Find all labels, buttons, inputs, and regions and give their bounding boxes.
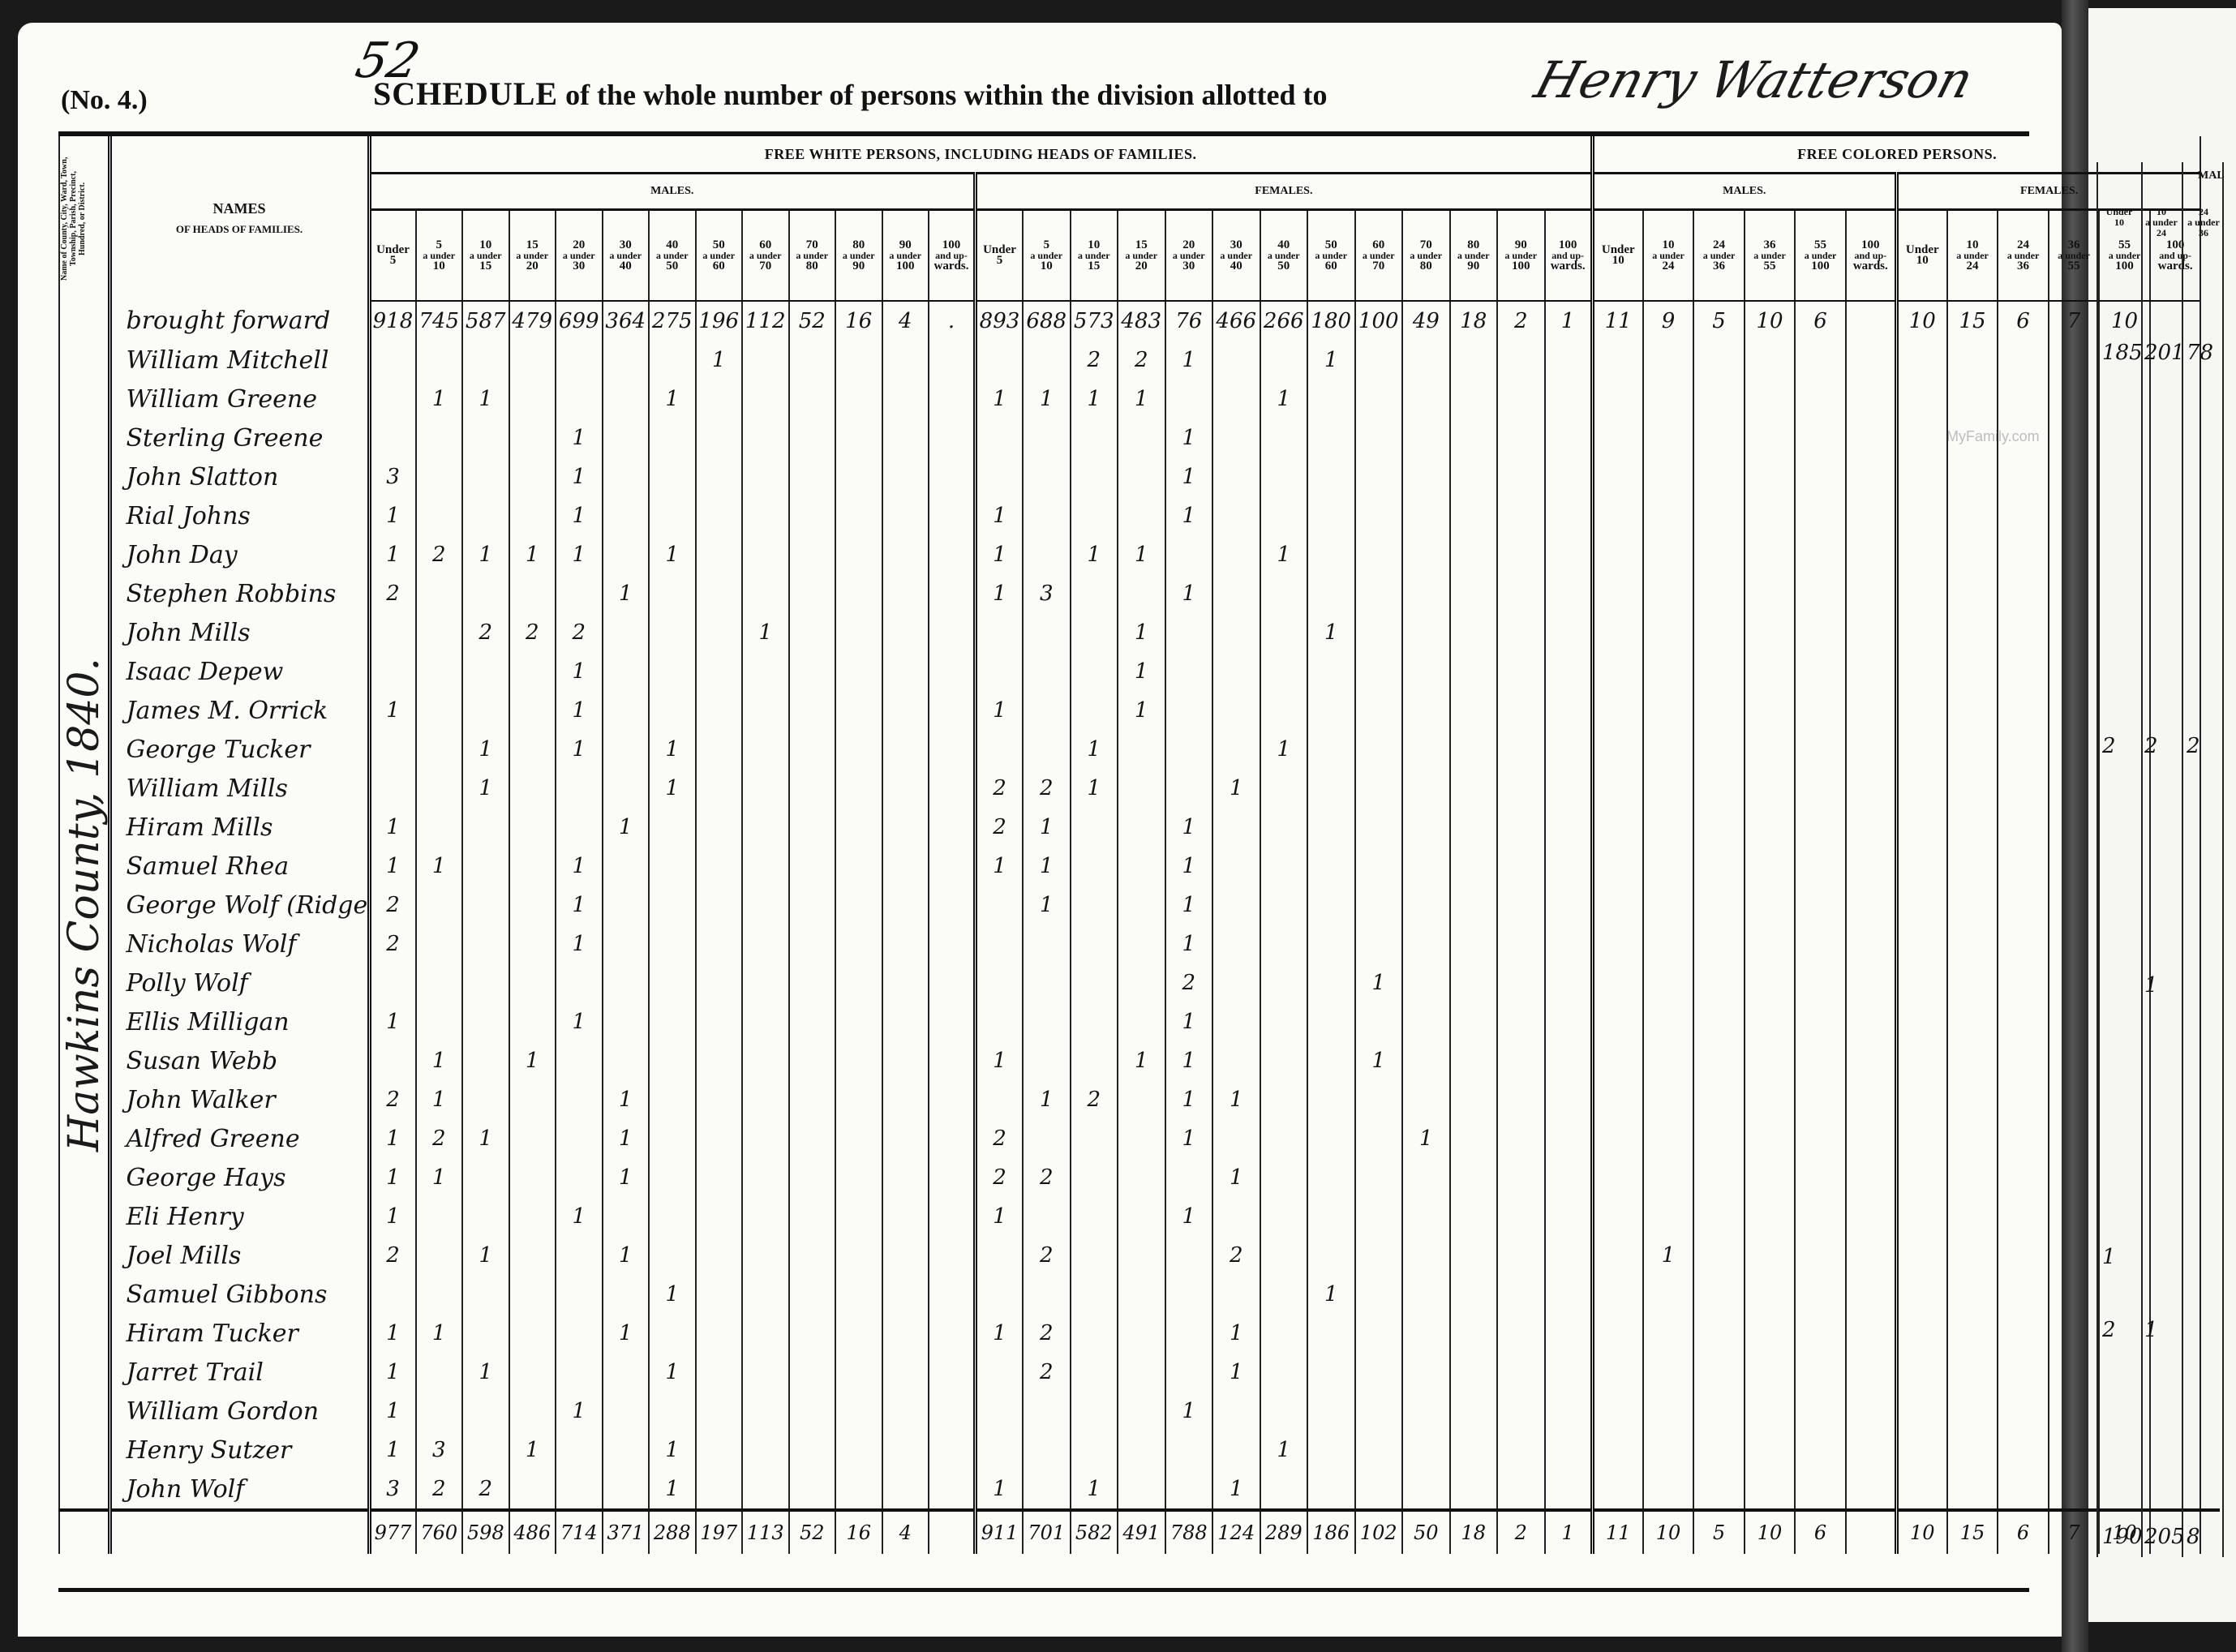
count-cf (2049, 1158, 2100, 1197)
total-wf: 2 (1497, 1510, 1545, 1554)
white-male-age-header: 100and up-wards. (929, 210, 976, 302)
count-wm (742, 1119, 789, 1158)
count-wf: 1 (1165, 1002, 1213, 1041)
count-wf (1260, 847, 1308, 886)
count-wf (1402, 574, 1450, 613)
count-wf (1260, 1041, 1308, 1080)
count-wm (416, 691, 463, 730)
head-of-family-name: Stephen Robbins (109, 574, 369, 613)
count-cm (1592, 847, 1643, 886)
white-female-age-header: 30a under40 (1212, 210, 1260, 302)
count-cm (1592, 496, 1643, 535)
count-wm (835, 1080, 882, 1119)
count-cm (1693, 730, 1745, 769)
count-wm (835, 1314, 882, 1353)
count-cm (1693, 1431, 1745, 1470)
count-wm: 1 (556, 847, 603, 886)
count-cm (1592, 341, 1643, 380)
table-row: Stephen Robbins21131 (59, 574, 2220, 613)
count-wf (1450, 341, 1498, 380)
count-cf: 15 (1947, 301, 1998, 341)
count-wf (1355, 1431, 1403, 1470)
count-cf (1947, 769, 1998, 808)
count-wf (1450, 769, 1498, 808)
count-wf (1545, 886, 1593, 925)
white-female-age-header: 20a under30 (1165, 210, 1213, 302)
count-wf: 1 (1071, 769, 1118, 808)
total-wf: 18 (1450, 1510, 1498, 1554)
count-wf: 1 (1118, 1041, 1165, 1080)
count-cm (1592, 380, 1643, 418)
count-cm (1795, 1236, 1846, 1275)
count-wm (929, 1353, 976, 1392)
count-wm (369, 341, 416, 380)
names-title: NAMES (112, 198, 367, 219)
count-wm: 1 (603, 574, 650, 613)
count-wf (1450, 1314, 1498, 1353)
count-cm (1846, 1119, 1897, 1158)
count-cm (1795, 1041, 1846, 1080)
age-bottom: 40 (603, 261, 649, 272)
count-cm (1846, 652, 1897, 691)
count-wf (1212, 925, 1260, 963)
count-cf (2049, 1392, 2100, 1431)
count-wm (462, 341, 509, 380)
table-row: Alfred Greene1211211 (59, 1119, 2220, 1158)
count-wf: 1 (1165, 1197, 1213, 1236)
count-wf: 1 (1071, 1470, 1118, 1510)
count-wm (649, 1197, 696, 1236)
margin-cell (2200, 652, 2220, 691)
count-wf: 1 (1071, 730, 1118, 769)
count-wf (1307, 1080, 1355, 1119)
count-wm (603, 691, 650, 730)
count-cm: 1 (1643, 1236, 1694, 1275)
count-cf (2049, 652, 2100, 691)
count-cm (1846, 1041, 1897, 1080)
count-wm: 1 (416, 380, 463, 418)
count-wf (1545, 1470, 1593, 1510)
count-cm (1693, 418, 1745, 457)
count-wm (509, 730, 556, 769)
count-wf (1307, 769, 1355, 808)
count-wm (929, 380, 976, 418)
count-cm (1846, 301, 1897, 341)
count-cm (1745, 418, 1796, 457)
count-cf (1947, 808, 1998, 847)
count-cm (1745, 1353, 1796, 1392)
count-wf (1023, 691, 1071, 730)
count-wf (1355, 808, 1403, 847)
colored-male-age-header: 24a under36 (1693, 210, 1745, 302)
count-wm (835, 691, 882, 730)
count-wm (696, 886, 743, 925)
table-row: Sterling Greene11 (59, 418, 2220, 457)
count-wm (696, 1002, 743, 1041)
count-wm (929, 808, 976, 847)
margin-cell (2200, 1275, 2220, 1314)
count-wf: 266 (1260, 301, 1308, 341)
count-wf (1071, 1041, 1118, 1080)
count-wf (1212, 418, 1260, 457)
count-cf (2150, 691, 2201, 730)
count-wf (1118, 925, 1165, 963)
count-wf: 1 (1023, 1080, 1071, 1119)
count-wm: 1 (462, 769, 509, 808)
count-wf (1023, 1431, 1071, 1470)
count-wm (369, 1275, 416, 1314)
count-wf: 1 (1545, 301, 1593, 341)
count-wf (1497, 613, 1545, 652)
count-wm (509, 1353, 556, 1392)
count-wf (1023, 535, 1071, 574)
count-wf: 18 (1450, 301, 1498, 341)
count-cf (1947, 847, 1998, 886)
white-female-age-header: 10a under15 (1071, 210, 1118, 302)
count-wm (742, 1158, 789, 1197)
count-wm (603, 380, 650, 418)
facing-age-header: 10a under24 (2141, 207, 2182, 238)
count-wm (882, 1119, 929, 1158)
count-wm (556, 1158, 603, 1197)
count-wm (649, 1002, 696, 1041)
count-wm (649, 925, 696, 963)
count-wf (1023, 418, 1071, 457)
count-cf: 7 (2049, 301, 2100, 341)
count-wf (1450, 1119, 1498, 1158)
age-bottom: 60 (1308, 261, 1354, 272)
total-wm (929, 1510, 976, 1554)
count-wf (1071, 886, 1118, 925)
count-wm (603, 963, 650, 1002)
age-bottom: 80 (1403, 261, 1449, 272)
count-wf (1165, 380, 1213, 418)
count-cf (1896, 925, 1947, 963)
count-wm: 1 (556, 691, 603, 730)
count-cm (1592, 1041, 1643, 1080)
count-wf (1402, 886, 1450, 925)
count-cm (1745, 1080, 1796, 1119)
count-wf (1402, 1431, 1450, 1470)
facing-age-header: Under10 (2099, 207, 2139, 228)
count-wf (1450, 457, 1498, 496)
count-cf (2049, 1353, 2100, 1392)
count-cf (1896, 1236, 1947, 1275)
count-wm: 1 (509, 535, 556, 574)
total-cm: 5 (1693, 1510, 1745, 1554)
count-cf (2150, 1392, 2201, 1431)
count-wm (882, 730, 929, 769)
head-of-family-name: Henry Sutzer (109, 1431, 369, 1470)
count-wf (1071, 1119, 1118, 1158)
count-wf (1260, 457, 1308, 496)
count-wf (1450, 418, 1498, 457)
count-wm (929, 613, 976, 652)
count-wf (1450, 380, 1498, 418)
count-wm (556, 574, 603, 613)
facing-column-line (2222, 162, 2224, 1557)
count-cf (2049, 457, 2100, 496)
colored-female-age-header: 10a under24 (1947, 210, 1998, 302)
count-cf (1896, 1041, 1947, 1080)
count-wf: 1 (1165, 847, 1213, 886)
count-cf (2049, 1197, 2100, 1236)
table-row: Ellis Milligan111 (59, 1002, 2220, 1041)
count-wf (1402, 1158, 1450, 1197)
count-wf (1071, 418, 1118, 457)
count-wf: 466 (1212, 301, 1260, 341)
count-wm (835, 574, 882, 613)
count-wm (696, 1392, 743, 1431)
count-cf (2150, 613, 2201, 652)
count-wf (1497, 1431, 1545, 1470)
colored-female-age-header: 36a under55 (2049, 210, 2100, 302)
count-cm (1745, 535, 1796, 574)
head-of-family-name: Isaac Depew (109, 652, 369, 691)
count-wm (929, 496, 976, 535)
count-wm (649, 341, 696, 380)
count-cm: 10 (1745, 301, 1796, 341)
count-cm (1643, 769, 1694, 808)
count-wm (929, 963, 976, 1002)
count-wf (1355, 1002, 1403, 1041)
count-wm: 1 (603, 1158, 650, 1197)
count-wf (1355, 1236, 1403, 1275)
count-cf (2150, 457, 2201, 496)
count-wm (462, 652, 509, 691)
count-wf: 2 (1212, 1236, 1260, 1275)
count-wm (882, 1431, 929, 1470)
count-wm (835, 1431, 882, 1470)
table-row: Henry Sutzer13111 (59, 1431, 2220, 1470)
count-wm (603, 496, 650, 535)
count-cm (1846, 691, 1897, 730)
facing-males-header: MAL (2198, 170, 2225, 181)
count-wm (742, 341, 789, 380)
count-wf (1355, 886, 1403, 925)
count-wf (1355, 418, 1403, 457)
count-cm (1643, 1431, 1694, 1470)
count-wm (696, 652, 743, 691)
count-wf: 1 (976, 1041, 1024, 1080)
count-cf (2150, 886, 2201, 925)
count-cf (1947, 925, 1998, 963)
white-females-header: FEMALES. (976, 174, 1593, 210)
head-of-family-name: Eli Henry (109, 1197, 369, 1236)
count-wf (1260, 1080, 1308, 1119)
count-wf: 1 (1212, 769, 1260, 808)
count-cm: 5 (1693, 301, 1745, 341)
count-wm (835, 886, 882, 925)
table-row: William Greene11111111 (59, 380, 2220, 418)
count-wm (835, 963, 882, 1002)
margin-cell (2200, 1236, 2220, 1275)
count-wf (1165, 691, 1213, 730)
count-cm (1795, 1119, 1846, 1158)
count-wf (1497, 1002, 1545, 1041)
count-wf: 1 (1355, 1041, 1403, 1080)
count-wf (1307, 1197, 1355, 1236)
count-wm (742, 496, 789, 535)
count-wm (603, 1431, 650, 1470)
count-wm: 1 (369, 1431, 416, 1470)
count-wm (882, 1275, 929, 1314)
count-wm (696, 613, 743, 652)
count-wf: 1 (1260, 730, 1308, 769)
count-wm: 2 (369, 925, 416, 963)
count-wm (509, 496, 556, 535)
count-wf (1212, 691, 1260, 730)
count-wm (882, 418, 929, 457)
count-wm (789, 1119, 836, 1158)
count-cm (1643, 341, 1694, 380)
count-wm (929, 341, 976, 380)
count-cm (1745, 769, 1796, 808)
count-cm (1643, 1470, 1694, 1510)
count-wf: 2 (1497, 301, 1545, 341)
count-wf (1497, 886, 1545, 925)
count-cf (1947, 1353, 1998, 1392)
count-cm (1846, 613, 1897, 652)
count-wf (1450, 574, 1498, 613)
count-cm (1592, 1197, 1643, 1236)
count-wf (1402, 1353, 1450, 1392)
count-cf (2049, 1080, 2100, 1119)
count-wf (1023, 613, 1071, 652)
count-wm (742, 457, 789, 496)
count-wm (882, 808, 929, 847)
count-wm (789, 1236, 836, 1275)
count-cm (1795, 691, 1846, 730)
white-female-age-header: 50a under60 (1307, 210, 1355, 302)
margin-cell (2200, 847, 2220, 886)
count-cf (2150, 808, 2201, 847)
count-wm (882, 1314, 929, 1353)
census-table: Name of County, City, Ward, Town, Townsh… (58, 136, 2220, 1554)
count-wm (882, 535, 929, 574)
count-wf: 2 (976, 808, 1024, 847)
count-wm (835, 535, 882, 574)
count-wf (1023, 1041, 1071, 1080)
count-wf (1450, 691, 1498, 730)
count-wm (835, 1041, 882, 1080)
colored-female-age-header: Under10 (1896, 210, 1947, 302)
table-row: William Mitchell12211 (59, 341, 2220, 380)
count-cf (1947, 1275, 1998, 1314)
count-wm (649, 1392, 696, 1431)
count-wm (835, 1002, 882, 1041)
count-wm (416, 886, 463, 925)
age-bottom: 30 (556, 261, 602, 272)
count-cf (1896, 1197, 1947, 1236)
count-wm (649, 1314, 696, 1353)
count-cm (1592, 730, 1643, 769)
count-wf (1497, 691, 1545, 730)
count-wf (1071, 1314, 1118, 1353)
count-wm: 1 (649, 1353, 696, 1392)
count-wf (1545, 730, 1593, 769)
total-wm: 113 (742, 1510, 789, 1554)
count-wm (835, 1470, 882, 1510)
head-of-family-name: Alfred Greene (109, 1119, 369, 1158)
count-wf (1118, 418, 1165, 457)
count-wf (1118, 496, 1165, 535)
count-wm (696, 730, 743, 769)
total-wm: 714 (556, 1510, 603, 1554)
total-wf: 491 (1118, 1510, 1165, 1554)
count-wm (649, 808, 696, 847)
white-male-age-header: 90a under100 (882, 210, 929, 302)
count-wm (929, 847, 976, 886)
count-cm (1745, 1314, 1796, 1353)
count-cm (1745, 1392, 1796, 1431)
age-bottom: 60 (697, 261, 742, 272)
count-wf (1071, 1353, 1118, 1392)
count-wm (882, 1041, 929, 1080)
count-wf (1023, 1197, 1071, 1236)
count-wm (556, 1275, 603, 1314)
count-cf (2150, 1119, 2201, 1158)
count-wm (742, 574, 789, 613)
count-cf (2049, 418, 2100, 457)
count-wf (1307, 1041, 1355, 1080)
count-cm (1643, 496, 1694, 535)
age-bottom: 15 (463, 261, 509, 272)
count-cm (1643, 1080, 1694, 1119)
count-wm (835, 1119, 882, 1158)
facing-count: 1 (2144, 973, 2158, 998)
count-wm (603, 1275, 650, 1314)
count-wm (882, 496, 929, 535)
count-wf (1402, 496, 1450, 535)
count-wm (416, 1392, 463, 1431)
count-wm (835, 496, 882, 535)
count-wf (1450, 535, 1498, 574)
count-wm: 918 (369, 301, 416, 341)
count-wm (789, 1392, 836, 1431)
count-wm: 745 (416, 301, 463, 341)
count-cf (2150, 301, 2201, 341)
count-cf (2049, 808, 2100, 847)
count-wf (1307, 730, 1355, 769)
count-wm (835, 1197, 882, 1236)
count-wf (976, 1275, 1024, 1314)
count-wf (976, 886, 1024, 925)
count-wf (1307, 418, 1355, 457)
count-cm (1745, 1470, 1796, 1510)
totals-label (109, 1510, 369, 1554)
count-wf (1212, 1431, 1260, 1470)
count-cf (1947, 1080, 1998, 1119)
count-wf (1260, 963, 1308, 1002)
count-wf (1545, 1080, 1593, 1119)
count-wf (1450, 808, 1498, 847)
count-wm: 2 (462, 613, 509, 652)
count-wf: 2 (1023, 769, 1071, 808)
count-wm (789, 847, 836, 886)
count-wf (1355, 457, 1403, 496)
count-wm (742, 963, 789, 1002)
count-cm (1795, 1314, 1846, 1353)
age-bottom: 55 (2049, 261, 2099, 272)
count-cm (1846, 808, 1897, 847)
count-wm (835, 652, 882, 691)
count-cf (2049, 1314, 2100, 1353)
count-wm (462, 808, 509, 847)
count-wm (696, 380, 743, 418)
count-wf (1260, 1392, 1308, 1431)
count-wf (1023, 1392, 1071, 1431)
